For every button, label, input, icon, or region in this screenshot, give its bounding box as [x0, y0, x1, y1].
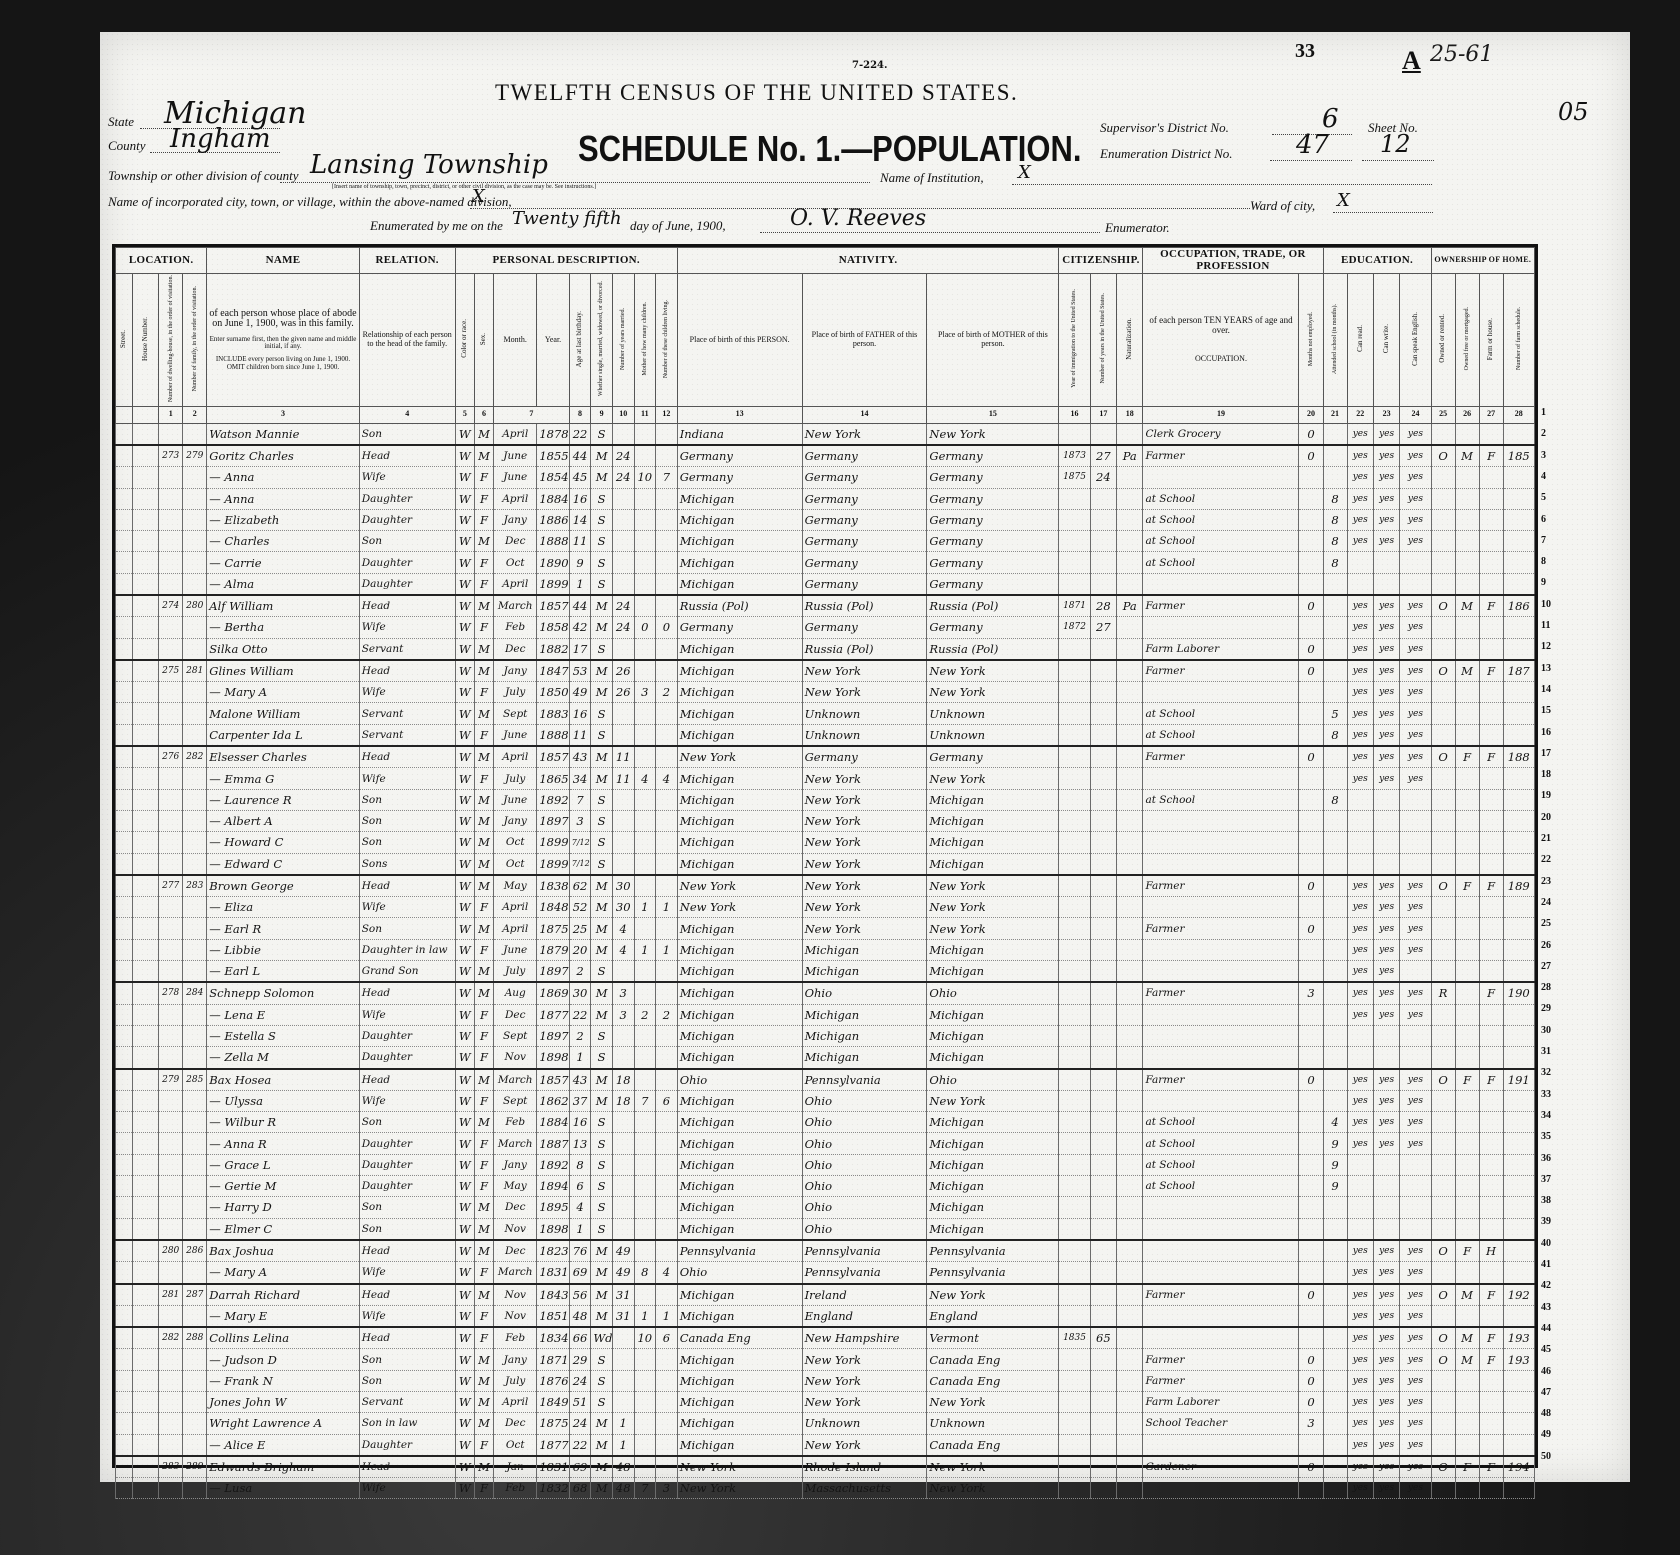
months-unemployed: 0	[1299, 1456, 1323, 1478]
relation: Son	[359, 789, 455, 810]
can-read: yes	[1347, 724, 1373, 746]
owned-rented	[1431, 1262, 1455, 1284]
naturalization	[1117, 1370, 1143, 1391]
birthplace-mother: New York	[927, 768, 1059, 789]
col-pob-mother: Place of birth of MOTHER of this person.	[927, 274, 1059, 407]
relation: Head	[359, 445, 455, 467]
birthplace-person: New York	[677, 1478, 802, 1499]
sex: M	[474, 1391, 493, 1412]
occupation: Clerk Grocery	[1143, 423, 1299, 445]
person-name: — Bertha	[207, 617, 359, 638]
census-rows: Watson MannieSonWMApril187822SIndianaNew…	[116, 423, 1535, 1499]
years-in-us	[1090, 982, 1116, 1004]
years-in-us	[1090, 1090, 1116, 1111]
street-cell	[116, 982, 133, 1004]
immigration-year	[1059, 1025, 1090, 1046]
birthplace-mother: Russia (Pol)	[927, 638, 1059, 660]
age: 16	[569, 703, 591, 724]
years-married	[612, 1176, 634, 1197]
can-speak-english: yes	[1400, 1391, 1431, 1412]
can-speak-english: yes	[1400, 897, 1431, 918]
line-number: 34	[1541, 1110, 1551, 1121]
family-number	[183, 467, 207, 488]
col-mother-of: Mother of how many children.	[634, 274, 656, 407]
years-married	[612, 789, 634, 810]
can-speak-english	[1400, 552, 1431, 573]
street-cell	[116, 509, 133, 530]
occupation: Farmer	[1143, 875, 1299, 897]
months-unemployed: 3	[1299, 1413, 1323, 1434]
family-number	[183, 1090, 207, 1111]
person-name: — Mary A	[207, 682, 359, 703]
owned-rented	[1431, 1197, 1455, 1218]
birthplace-father: Unknown	[802, 1413, 927, 1434]
months-unemployed	[1299, 1327, 1323, 1349]
dwelling-number	[159, 918, 183, 939]
birth-month: Jan	[494, 1456, 537, 1478]
can-write: yes	[1373, 1240, 1399, 1262]
column-number: 20	[1299, 406, 1323, 423]
dwelling-number: 275	[159, 660, 183, 682]
marital-status: S	[591, 638, 613, 660]
occupation: at School	[1143, 1112, 1299, 1133]
table-row: 274280Alf WilliamHeadWMMarch185744M24Rus…	[116, 595, 1535, 617]
group-ownership: OWNERSHIP OF HOME.	[1431, 248, 1534, 274]
dwelling-number	[159, 552, 183, 573]
family-number	[183, 918, 207, 939]
can-read: yes	[1347, 423, 1373, 445]
occupation	[1143, 1047, 1299, 1069]
marital-status: M	[591, 939, 613, 960]
sex: M	[474, 875, 493, 897]
column-number: 24	[1400, 406, 1431, 423]
marital-status: M	[591, 1090, 613, 1111]
color-race: W	[455, 1413, 474, 1434]
can-read	[1347, 789, 1373, 810]
family-number	[183, 939, 207, 960]
house-cell	[132, 467, 158, 488]
township-value: Lansing Township	[310, 150, 548, 180]
months-unemployed: 0	[1299, 918, 1323, 939]
table-row: — Mary AWifeWFMarch183169M4984OhioPennsy…	[116, 1262, 1535, 1284]
naturalization	[1117, 638, 1143, 660]
birth-year: 1899	[537, 832, 569, 853]
birthplace-father: Germany	[802, 531, 927, 552]
birthplace-father: Ohio	[802, 982, 927, 1004]
color-race: W	[455, 1391, 474, 1412]
occupation: at School	[1143, 531, 1299, 552]
farm-house	[1479, 1434, 1503, 1456]
birthplace-mother: Vermont	[927, 1327, 1059, 1349]
birthplace-father: New York	[802, 423, 927, 445]
naturalization	[1117, 1391, 1143, 1412]
person-name: — Anna	[207, 467, 359, 488]
mother-of	[634, 746, 656, 768]
birthplace-person: Michigan	[677, 832, 802, 853]
age: 11	[569, 531, 591, 552]
free-mortgaged: M	[1455, 1284, 1479, 1306]
table-row: — AlmaDaughterWFApril18991SMichiganGerma…	[116, 573, 1535, 595]
birth-month: Dec	[494, 638, 537, 660]
marital-status: M	[591, 445, 613, 467]
school-months	[1323, 1240, 1347, 1262]
occupation	[1143, 1434, 1299, 1456]
can-read: yes	[1347, 1004, 1373, 1025]
family-number	[183, 617, 207, 638]
color-race: W	[455, 1154, 474, 1175]
age: 2	[569, 1025, 591, 1046]
years-married	[612, 1218, 634, 1240]
age: 8	[569, 1154, 591, 1175]
dwelling-number: 274	[159, 595, 183, 617]
years-in-us	[1090, 875, 1116, 897]
age: 34	[569, 768, 591, 789]
occupation	[1143, 1025, 1299, 1046]
farm-schedule-number	[1503, 509, 1534, 530]
birth-year: 1897	[537, 1025, 569, 1046]
age: 48	[569, 1305, 591, 1327]
years-married: 26	[612, 682, 634, 703]
free-mortgaged	[1455, 1413, 1479, 1434]
table-row: — Grace LDaughterWFJany18928SMichiganOhi…	[116, 1154, 1535, 1175]
color-race: W	[455, 1025, 474, 1046]
owned-rented	[1431, 1090, 1455, 1111]
sex: M	[474, 423, 493, 445]
relation: Servant	[359, 724, 455, 746]
immigration-year	[1059, 897, 1090, 918]
can-read: yes	[1347, 918, 1373, 939]
street-cell	[116, 1349, 133, 1370]
naturalization	[1117, 573, 1143, 595]
birthplace-mother: Michigan	[927, 1133, 1059, 1154]
line-number: 37	[1541, 1174, 1551, 1185]
farm-schedule-number	[1503, 1240, 1534, 1262]
family-number	[183, 1218, 207, 1240]
family-number	[183, 1434, 207, 1456]
street-cell	[116, 1413, 133, 1434]
mother-of	[634, 918, 656, 939]
county-label: County	[108, 138, 146, 154]
immigration-year	[1059, 1391, 1090, 1412]
table-row: — BerthaWifeWFFeb185842M2400GermanyGerma…	[116, 617, 1535, 638]
person-name: — Charles	[207, 531, 359, 552]
years-in-us	[1090, 939, 1116, 960]
marital-status: S	[591, 423, 613, 445]
can-speak-english	[1400, 1154, 1431, 1175]
mother-of: 7	[634, 1090, 656, 1111]
age: 52	[569, 897, 591, 918]
person-name: Elsesser Charles	[207, 746, 359, 768]
naturalization	[1117, 1284, 1143, 1306]
can-write: yes	[1373, 1370, 1399, 1391]
color-race: W	[455, 595, 474, 617]
naturalization	[1117, 1176, 1143, 1197]
years-married: 24	[612, 595, 634, 617]
children-living	[656, 660, 678, 682]
school-months	[1323, 1090, 1347, 1111]
years-married	[612, 573, 634, 595]
birth-year: 1879	[537, 939, 569, 960]
birthplace-father: Michigan	[802, 1047, 927, 1069]
months-unemployed	[1299, 1154, 1323, 1175]
col-year: Year.	[537, 274, 569, 407]
age: 16	[569, 488, 591, 509]
col-can-read: Can read.	[1347, 274, 1373, 407]
months-unemployed	[1299, 961, 1323, 983]
dwelling-number	[159, 1413, 183, 1434]
col-marital: Whether single, married, widowed, or div…	[591, 274, 613, 407]
family-number	[183, 897, 207, 918]
naturalization	[1117, 1456, 1143, 1478]
age: 17	[569, 638, 591, 660]
farm-schedule-number	[1503, 552, 1534, 573]
free-mortgaged	[1455, 1391, 1479, 1412]
children-living	[656, 703, 678, 724]
free-mortgaged	[1455, 1004, 1479, 1025]
sex: F	[474, 1305, 493, 1327]
farm-house	[1479, 853, 1503, 875]
can-read	[1347, 1047, 1373, 1069]
age: 6	[569, 1176, 591, 1197]
can-speak-english: yes	[1400, 1112, 1431, 1133]
relation: Wife	[359, 682, 455, 703]
schedule-title: SCHEDULE No. 1.—POPULATION.	[578, 128, 1081, 170]
color-race: W	[455, 1069, 474, 1091]
birth-year: 1871	[537, 1349, 569, 1370]
farm-schedule-number	[1503, 1391, 1534, 1412]
can-read: yes	[1347, 638, 1373, 660]
relation: Head	[359, 1327, 455, 1349]
sex: F	[474, 488, 493, 509]
age: 16	[569, 1112, 591, 1133]
birthplace-mother: Michigan	[927, 1004, 1059, 1025]
farm-schedule-number	[1503, 1478, 1534, 1499]
dwelling-number	[159, 1262, 183, 1284]
birth-month: May	[494, 1176, 537, 1197]
children-living	[656, 595, 678, 617]
farm-schedule-number: 188	[1503, 746, 1534, 768]
farm-house	[1479, 423, 1503, 445]
birth-year: 1875	[537, 1413, 569, 1434]
school-months	[1323, 1004, 1347, 1025]
mother-of	[634, 1240, 656, 1262]
mother-of: 1	[634, 897, 656, 918]
col-sex: Sex.	[474, 274, 493, 407]
immigration-year	[1059, 746, 1090, 768]
birth-month: Dec	[494, 1004, 537, 1025]
family-number	[183, 1047, 207, 1069]
line-number: 9	[1541, 577, 1546, 588]
school-months	[1323, 660, 1347, 682]
family-number	[183, 961, 207, 983]
birthplace-father: Germany	[802, 573, 927, 595]
immigration-year	[1059, 1069, 1090, 1091]
school-months	[1323, 467, 1347, 488]
naturalization	[1117, 617, 1143, 638]
state-label: State	[108, 114, 134, 130]
relation: Daughter	[359, 1047, 455, 1069]
table-row: 280286Bax JoshuaHeadWMDec182376M49Pennsy…	[116, 1240, 1535, 1262]
farm-house	[1479, 573, 1503, 595]
occupation	[1143, 573, 1299, 595]
street-cell	[116, 488, 133, 509]
street-cell	[116, 832, 133, 853]
immigration-year	[1059, 1218, 1090, 1240]
can-write	[1373, 1218, 1399, 1240]
birth-year: 1882	[537, 638, 569, 660]
age: 22	[569, 1434, 591, 1456]
farm-house	[1479, 918, 1503, 939]
birthplace-mother: Germany	[927, 445, 1059, 467]
children-living: 1	[656, 939, 678, 960]
school-months	[1323, 1197, 1347, 1218]
person-name: — Howard C	[207, 832, 359, 853]
birth-year: 1888	[537, 724, 569, 746]
dwelling-number	[159, 1176, 183, 1197]
family-number	[183, 573, 207, 595]
dwelling-number	[159, 1047, 183, 1069]
school-months	[1323, 595, 1347, 617]
birthplace-person: Michigan	[677, 1413, 802, 1434]
house-cell	[132, 1327, 158, 1349]
column-number: 16	[1059, 406, 1090, 423]
children-living: 2	[656, 1004, 678, 1025]
naturalization	[1117, 939, 1143, 960]
dwelling-number	[159, 939, 183, 960]
can-speak-english: yes	[1400, 488, 1431, 509]
dwelling-number	[159, 1370, 183, 1391]
can-read: yes	[1347, 961, 1373, 983]
years-in-us	[1090, 810, 1116, 831]
institution-label: Name of Institution,	[880, 170, 984, 186]
relation: Sons	[359, 853, 455, 875]
birthplace-person: Michigan	[677, 1284, 802, 1306]
years-in-us	[1090, 832, 1116, 853]
house-cell	[132, 638, 158, 660]
person-name: — Albert A	[207, 810, 359, 831]
immigration-year	[1059, 660, 1090, 682]
dwelling-number: 279	[159, 1069, 183, 1091]
birthplace-mother: Michigan	[927, 1218, 1059, 1240]
line-number: 12	[1541, 641, 1551, 652]
birthplace-father: New York	[802, 682, 927, 703]
free-mortgaged	[1455, 1154, 1479, 1175]
col-years-us: Number of years in the United States.	[1090, 274, 1116, 407]
person-name: Wright Lawrence A	[207, 1413, 359, 1434]
immigration-year	[1059, 810, 1090, 831]
color-race: W	[455, 724, 474, 746]
can-write: yes	[1373, 1112, 1399, 1133]
children-living	[656, 1133, 678, 1154]
birth-year: 1898	[537, 1047, 569, 1069]
birth-year: 1823	[537, 1240, 569, 1262]
birth-year: 1857	[537, 1069, 569, 1091]
age: 13	[569, 1133, 591, 1154]
birthplace-person: New York	[677, 1456, 802, 1478]
birth-year: 1877	[537, 1004, 569, 1025]
farm-schedule-number: 186	[1503, 595, 1534, 617]
birthplace-mother: Unknown	[927, 1413, 1059, 1434]
birth-month: June	[494, 467, 537, 488]
children-living: 3	[656, 1478, 678, 1499]
birthplace-father: New York	[802, 1391, 927, 1412]
person-name: — Gertie M	[207, 1176, 359, 1197]
street-cell	[116, 768, 133, 789]
sex: F	[474, 1262, 493, 1284]
street-cell	[116, 875, 133, 897]
birthplace-person: Russia (Pol)	[677, 595, 802, 617]
naturalization	[1117, 1218, 1143, 1240]
table-row: — AnnaDaughterWFApril188416SMichiganGerm…	[116, 488, 1535, 509]
mother-of: 2	[634, 1004, 656, 1025]
birthplace-father: Ohio	[802, 1090, 927, 1111]
birth-month: Sept	[494, 1090, 537, 1111]
birthplace-person: Michigan	[677, 488, 802, 509]
occupation	[1143, 617, 1299, 638]
mother-of	[634, 595, 656, 617]
birth-year: 1862	[537, 1090, 569, 1111]
mother-of	[634, 1349, 656, 1370]
col-color: Color or race.	[455, 274, 474, 407]
years-in-us	[1090, 1069, 1116, 1091]
col-can-speak-english: Can speak English.	[1400, 274, 1431, 407]
occupation	[1143, 682, 1299, 703]
children-living	[656, 1154, 678, 1175]
mother-of	[634, 445, 656, 467]
birth-month: Jany	[494, 810, 537, 831]
school-months: 9	[1323, 1176, 1347, 1197]
line-number: 7	[1541, 535, 1546, 546]
occupation	[1143, 853, 1299, 875]
farm-schedule-number	[1503, 573, 1534, 595]
children-living: 2	[656, 682, 678, 703]
owned-rented	[1431, 638, 1455, 660]
free-mortgaged	[1455, 1262, 1479, 1284]
children-living	[656, 918, 678, 939]
line-number: 19	[1541, 790, 1551, 801]
birthplace-person: Indiana	[677, 423, 802, 445]
school-months	[1323, 423, 1347, 445]
can-read: yes	[1347, 509, 1373, 530]
line-number: 23	[1541, 876, 1551, 887]
years-in-us	[1090, 1262, 1116, 1284]
census-sheet: 7-224. TWELFTH CENSUS OF THE UNITED STAT…	[100, 32, 1630, 1482]
farm-schedule-number	[1503, 832, 1534, 853]
can-speak-english: yes	[1400, 703, 1431, 724]
school-months	[1323, 1025, 1347, 1046]
column-number: 19	[1143, 406, 1299, 423]
school-months	[1323, 1456, 1347, 1478]
farm-house	[1479, 467, 1503, 488]
line-number: 47	[1541, 1387, 1551, 1398]
immigration-year	[1059, 1349, 1090, 1370]
dwelling-number	[159, 853, 183, 875]
township-label: Township or other division of county	[108, 168, 299, 184]
free-mortgaged	[1455, 1176, 1479, 1197]
column-number: 25	[1431, 406, 1455, 423]
birthplace-mother: New York	[927, 875, 1059, 897]
dwelling-number	[159, 488, 183, 509]
naturalization	[1117, 552, 1143, 573]
years-married: 48	[612, 1456, 634, 1478]
can-read: yes	[1347, 897, 1373, 918]
can-read: yes	[1347, 488, 1373, 509]
farm-house: F	[1479, 445, 1503, 467]
color-race: W	[455, 982, 474, 1004]
street-cell	[116, 1069, 133, 1091]
birthplace-mother: Michigan	[927, 1176, 1059, 1197]
immigration-year	[1059, 853, 1090, 875]
